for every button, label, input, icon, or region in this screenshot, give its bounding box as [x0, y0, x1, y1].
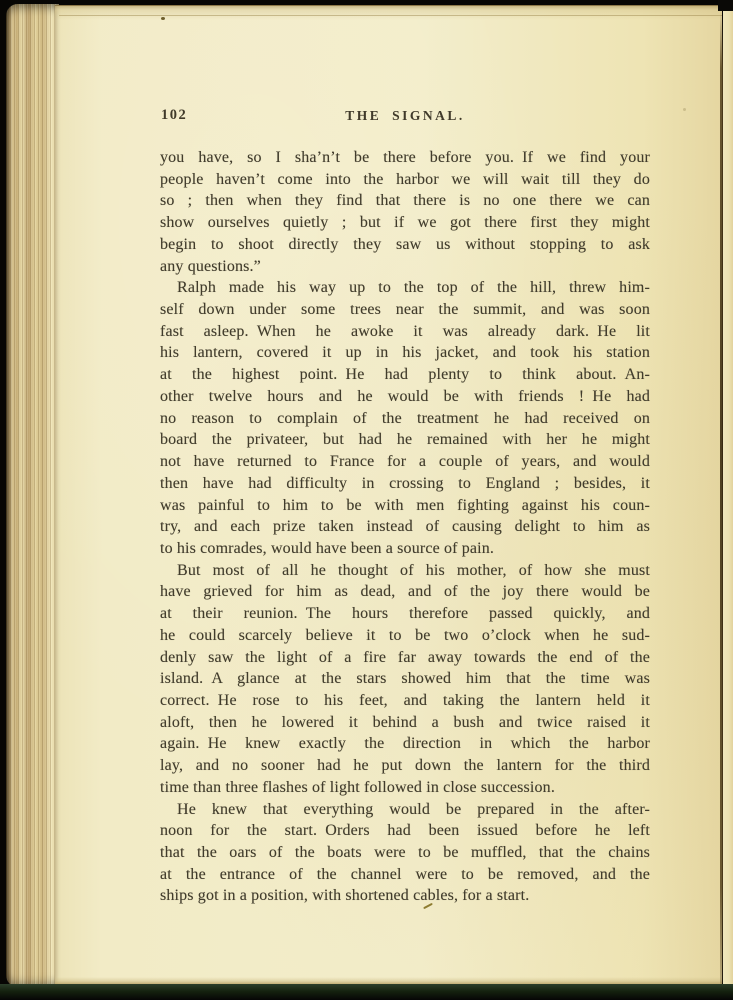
text-line: begin to shoot directly they saw us with… — [160, 234, 650, 256]
text-line: at their reunion. The hours therefore pa… — [160, 603, 650, 625]
text-line: island. A glance at the stars showed him… — [160, 668, 650, 690]
text-line: time than three flashes of light followe… — [160, 777, 650, 799]
text-line: board the privateer, but had he remained… — [160, 429, 650, 451]
text-line: any questions.” — [160, 256, 650, 278]
facing-page-sliver — [723, 8, 733, 984]
text-line: have grieved for him as dead, and of the… — [160, 581, 650, 603]
ink-speck — [161, 17, 165, 20]
book-page-stack-edges — [6, 4, 59, 987]
text-line: show ourselves quietly ; but if we got t… — [160, 212, 650, 234]
text-line: again. He knew exactly the direction in … — [160, 733, 650, 755]
ink-speck — [683, 108, 686, 111]
text-line: to his comrades, would have been a sourc… — [160, 538, 650, 560]
top-right-shadow — [718, 0, 733, 11]
text-line: you have, so I sha’n’t be there before y… — [160, 147, 650, 169]
text-line: fast asleep. When he awoke it was alread… — [160, 321, 650, 343]
text-line: so ; then when they find that there is n… — [160, 190, 650, 212]
text-line: not have returned to France for a couple… — [160, 451, 650, 473]
text-line: then have had difficulty in crossing to … — [160, 473, 650, 495]
text-line: no reason to complain of the treatment h… — [160, 408, 650, 430]
text-line: at the highest point. He had plenty to t… — [160, 364, 650, 386]
book-cover-bottom-edge — [0, 984, 733, 1000]
text-line: other twelve hours and he would be with … — [160, 386, 650, 408]
text-line: he could scarcely believe it to be two o… — [160, 625, 650, 647]
text-line: denly saw the light of a fire far away t… — [160, 647, 650, 669]
text-line: Ralph made his way up to the top of the … — [160, 277, 650, 299]
book-page: 102 THE SIGNAL. you have, so I sha’n’t b… — [55, 5, 722, 985]
text-line: noon for the start. Orders had been issu… — [160, 820, 650, 842]
text-line: correct. He rose to his feet, and taking… — [160, 690, 650, 712]
text-line: ships got in a position, with shortened … — [160, 885, 650, 907]
text-line: He knew that everything would be prepare… — [160, 799, 650, 821]
text-line: self down under some trees near the summ… — [160, 299, 650, 321]
page-header: 102 THE SIGNAL. — [160, 106, 650, 128]
text-line: aloft, then he lowered it behind a bush … — [160, 712, 650, 734]
text-line: lay, and no sooner had he put down the l… — [160, 755, 650, 777]
text-line: his lantern, covered it up in his jacket… — [160, 342, 650, 364]
text-line: that the oars of the boats were to be mu… — [160, 842, 650, 864]
running-title: THE SIGNAL. — [160, 108, 650, 124]
text-line: But most of all he thought of his mother… — [160, 560, 650, 582]
text-line: try, and each prize taken instead of cau… — [160, 516, 650, 538]
text-line: people haven’t come into the harbor we w… — [160, 169, 650, 191]
text-line: was painful to him to be with men fighti… — [160, 495, 650, 517]
text-line: at the entrance of the channel were to b… — [160, 864, 650, 886]
body-text: you have, so I sha’n’t be there before y… — [160, 147, 650, 907]
page-top-edge — [55, 5, 722, 20]
